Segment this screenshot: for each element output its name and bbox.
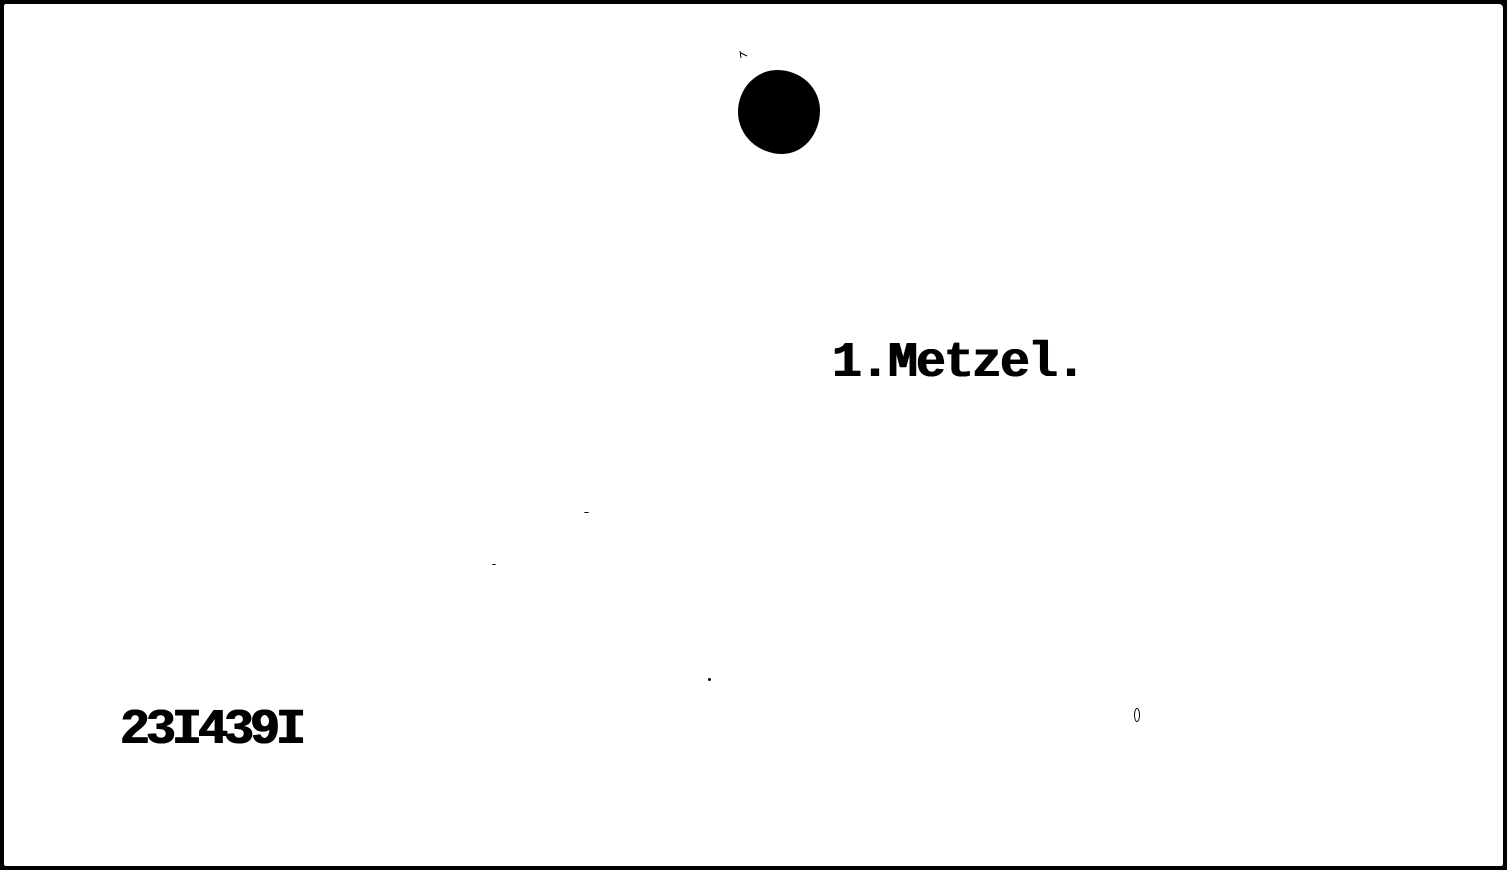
ink-speck bbox=[1134, 708, 1140, 722]
punch-hole bbox=[738, 70, 820, 154]
card-serial-number: 23I439I bbox=[120, 701, 302, 761]
ink-speck bbox=[492, 564, 496, 565]
ink-speck bbox=[584, 512, 589, 513]
index-card: 1.Metzel. 23I439I bbox=[4, 4, 1503, 866]
ink-speck bbox=[708, 678, 711, 681]
pencil-mark-icon bbox=[739, 50, 749, 60]
card-name-line: 1.Metzel. bbox=[832, 334, 1084, 394]
